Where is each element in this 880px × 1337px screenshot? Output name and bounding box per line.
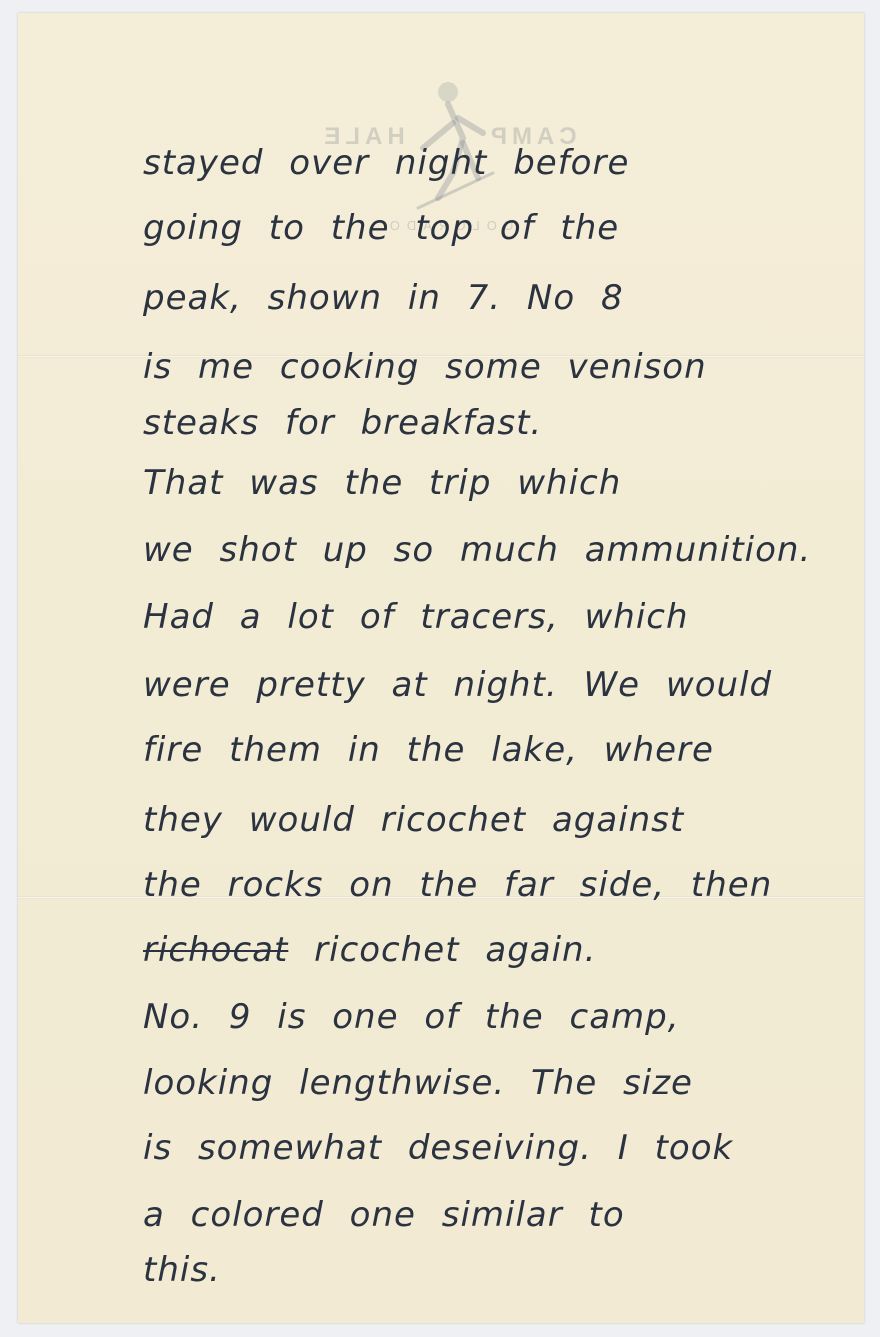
- text-line: this.: [143, 1250, 221, 1290]
- text-line: Had a lot of tracers, which: [143, 597, 689, 637]
- struck-word: richocat: [143, 930, 288, 970]
- text-line: going to the top of the: [143, 208, 619, 248]
- text-line: a colored one similar to: [143, 1195, 625, 1235]
- text-line: were pretty at night. We would: [143, 665, 772, 705]
- text-line: the rocks on the far side, then: [143, 865, 772, 905]
- text-fragment: ricochet again.: [314, 930, 596, 970]
- text-line: steaks for breakfast.: [143, 403, 542, 443]
- text-line: is me cooking some venison: [143, 347, 707, 387]
- text-line: No. 9 is one of the camp,: [143, 997, 680, 1037]
- text-line: richocat ricochet again.: [143, 930, 596, 970]
- text-line: is somewhat deseiving. I took: [143, 1128, 733, 1168]
- text-line: peak, shown in 7. No 8: [143, 278, 624, 318]
- text-line: they would ricochet against: [143, 800, 684, 840]
- text-line: we shot up so much ammunition.: [143, 530, 811, 570]
- letter-page: CAMP HALE COLORADO stayed over night bef…: [18, 13, 864, 1323]
- text-line: fire them in the lake, where: [143, 730, 714, 770]
- text-line: looking lengthwise. The size: [143, 1063, 693, 1103]
- handwritten-body: stayed over night before going to the to…: [18, 13, 864, 1323]
- text-line: stayed over night before: [143, 143, 629, 183]
- text-line: That was the trip which: [143, 463, 621, 503]
